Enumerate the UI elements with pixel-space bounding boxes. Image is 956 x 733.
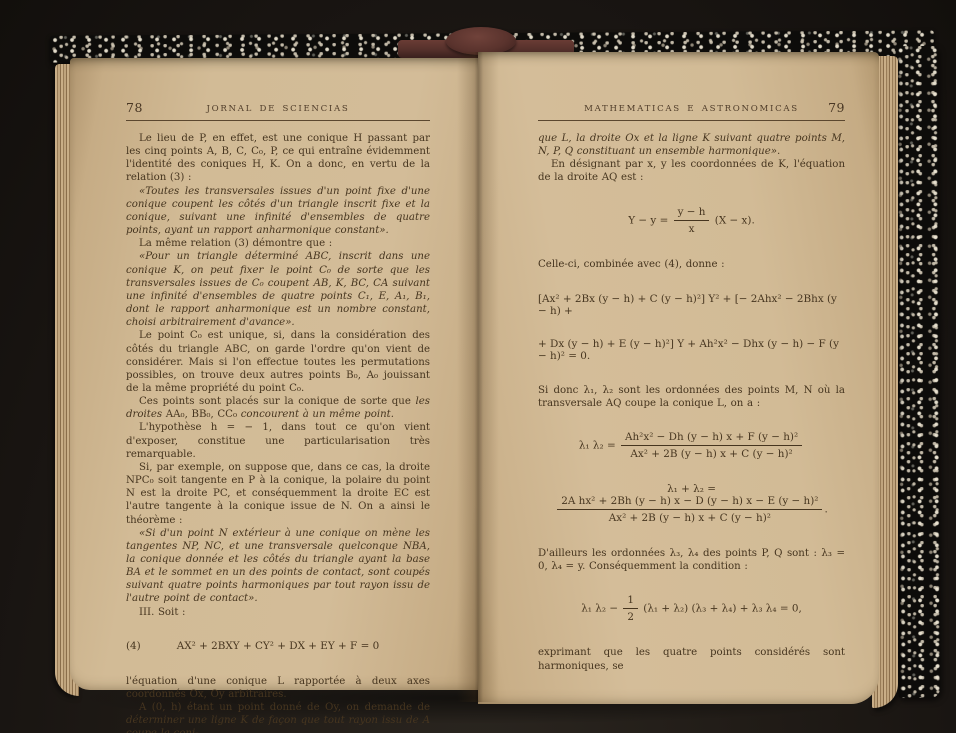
- paragraph: III. Soit :: [126, 606, 430, 619]
- paragraph: Le lieu de P, en effet, est une conique …: [126, 132, 430, 185]
- fraction: y − hx: [674, 206, 710, 235]
- left-page-header: 78 JORNAL DE SCIENCIAS: [126, 100, 430, 117]
- text-run: Le point C₀ est unique, si, dans la cons…: [126, 330, 430, 394]
- text-run: Le lieu de P, en effet, est une conique …: [126, 133, 430, 183]
- text-run: exprimant que les quatre points considér…: [538, 647, 845, 671]
- equation-multiline: [Ax² + 2Bx (y − h) + C (y − h)²] Y² + [−…: [538, 293, 845, 362]
- text-run: III. Soit :: [139, 607, 186, 618]
- paragraph: exprimant que les quatre points considér…: [538, 646, 845, 672]
- paragraph: A (0, h) étant un point donné de Oy, on …: [126, 701, 430, 733]
- text-run: «Si d'un point N extérieur à une conique…: [126, 528, 430, 605]
- text-run: «Pour un triangle déterminé ABC, inscrit…: [126, 251, 430, 328]
- text-run: .: [824, 504, 827, 516]
- page-number: 79: [828, 100, 845, 115]
- fraction: 12: [623, 594, 638, 623]
- text-run: AA₀, BB₀, CC₀: [162, 409, 241, 420]
- paragraph: l'équation d'une conique L rapportée à d…: [126, 675, 430, 701]
- paragraph: La même relation (3) démontre que :: [126, 237, 430, 250]
- book-cover-right-edge: [896, 46, 941, 698]
- equation-fraction: λ₁ λ₂ = Ah²x² − Dh (y − h) x + F (y − h)…: [538, 431, 845, 460]
- fraction-denominator: 2: [623, 609, 638, 623]
- paragraph: D'ailleurs les ordonnées λ₃, λ₄ des poin…: [538, 547, 845, 573]
- book-spine-headband: [446, 27, 516, 55]
- paragraph: Celle-ci, combinée avec (4), donne :: [538, 258, 845, 271]
- right-page-header: MATHEMATICAS E ASTRONOMICAS 79: [538, 100, 845, 117]
- equation-line: [Ax² + 2Bx (y − h) + C (y − h)²] Y² + [−…: [538, 293, 845, 317]
- fraction-numerator: 2A hx² + 2Bh (y − h) x − D (y − h) x − E…: [557, 495, 822, 510]
- equation-body: λ₁ λ₂ = Ah²x² − Dh (y − h) x + F (y − h)…: [579, 431, 804, 460]
- equation-fraction: λ₁ λ₂ − 12 (λ₁ + λ₂) (λ₃ + λ₄) + λ₃ λ₄ =…: [538, 594, 845, 623]
- fraction: Ah²x² − Dh (y − h) x + F (y − h)²Ax² + 2…: [621, 431, 802, 460]
- paragraph: Ces points sont placés sur la conique de…: [126, 395, 430, 421]
- paragraph: Si donc λ₁, λ₂ sont les ordonnées des po…: [538, 384, 845, 410]
- left-page: 78 JORNAL DE SCIENCIAS Le lieu de P, en …: [70, 58, 478, 690]
- equation-body: AX² + 2BXY + CY² + DX + EY + F = 0: [177, 640, 379, 652]
- text-run: l'équation d'une conique L rapportée à d…: [126, 676, 430, 700]
- running-title: MATHEMATICAS E ASTRONOMICAS: [538, 100, 845, 114]
- fraction-denominator: Ax² + 2B (y − h) x + C (y − h)²: [557, 510, 822, 524]
- page-number: 78: [126, 100, 143, 115]
- header-rule: [538, 120, 845, 121]
- paragraph: L'hypothèse h = − 1, dans tout ce qu'on …: [126, 421, 430, 460]
- right-page-surface: MATHEMATICAS E ASTRONOMICAS 79 que L, la…: [478, 52, 879, 704]
- paragraph: que L, la droite Ox et la ligne K suivan…: [538, 132, 845, 158]
- book-photo-scene: 78 JORNAL DE SCIENCIAS Le lieu de P, en …: [0, 0, 956, 733]
- fraction-numerator: Ah²x² − Dh (y − h) x + F (y − h)²: [621, 431, 802, 446]
- text-run: Y − y =: [628, 214, 671, 226]
- text-run: D'ailleurs les ordonnées λ₃, λ₄ des poin…: [538, 548, 845, 572]
- paragraph: «Si d'un point N extérieur à une conique…: [126, 527, 430, 606]
- text-run: déterminer une ligne K de façon que tout…: [126, 715, 430, 733]
- text-run: Celle-ci, combinée avec (4), donne :: [538, 259, 725, 270]
- text-run: Si, par exemple, on suppose que, dans ce…: [126, 462, 430, 526]
- fraction-denominator: Ax² + 2B (y − h) x + C (y − h)²: [621, 446, 802, 460]
- text-run: L'hypothèse h = − 1, dans tout ce qu'on …: [126, 422, 430, 459]
- fraction-denominator: x: [674, 221, 710, 235]
- equation-line: + Dx (y − h) + E (y − h)²] Y + Ah²x² − D…: [538, 338, 845, 362]
- equation-body: λ₁ λ₂ − 12 (λ₁ + λ₂) (λ₃ + λ₄) + λ₃ λ₄ =…: [581, 594, 802, 623]
- fraction-numerator: y − h: [674, 206, 710, 221]
- right-page-body: que L, la droite Ox et la ligne K suivan…: [538, 132, 845, 673]
- equation-label: (4): [126, 640, 141, 652]
- fraction: 2A hx² + 2Bh (y − h) x − D (y − h) x − E…: [557, 495, 822, 524]
- paragraph: En désignant par x, y les coordonnées de…: [538, 158, 845, 184]
- right-page: MATHEMATICAS E ASTRONOMICAS 79 que L, la…: [478, 52, 879, 704]
- paragraph: «Pour un triangle déterminé ABC, inscrit…: [126, 250, 430, 329]
- text-run: (X − x).: [711, 214, 754, 226]
- equation-fraction: Y − y = y − hx (X − x).: [538, 206, 845, 235]
- text-run: λ₁ + λ₂ =: [667, 483, 716, 495]
- text-run: (λ₁ + λ₂) (λ₃ + λ₄) + λ₃ λ₄ = 0,: [640, 603, 802, 615]
- equation-display: (4)AX² + 2BXY + CY² + DX + EY + F = 0: [126, 640, 430, 652]
- header-rule: [126, 120, 430, 121]
- left-page-surface: 78 JORNAL DE SCIENCIAS Le lieu de P, en …: [70, 58, 478, 690]
- equation-body: λ₁ + λ₂ = 2A hx² + 2Bh (y − h) x − D (y …: [538, 483, 845, 524]
- equation-body: Y − y = y − hx (X − x).: [628, 206, 755, 235]
- text-run: En désignant par x, y les coordonnées de…: [538, 159, 845, 183]
- paragraph: «Toutes les transversales issues d'un po…: [126, 185, 430, 238]
- paragraph: Si, par exemple, on suppose que, dans ce…: [126, 461, 430, 527]
- text-run: A (0, h) étant un point donné de Oy, on …: [139, 702, 430, 713]
- text-run: «Toutes les transversales issues d'un po…: [126, 186, 430, 236]
- equation-fraction: λ₁ + λ₂ = 2A hx² + 2Bh (y − h) x − D (y …: [538, 483, 845, 524]
- text-run: que L, la droite Ox et la ligne K suivan…: [538, 133, 845, 157]
- text-run: λ₁ λ₂ =: [579, 440, 619, 452]
- text-run: Si donc λ₁, λ₂ sont les ordonnées des po…: [538, 385, 845, 409]
- text-run: λ₁ λ₂ −: [581, 603, 621, 615]
- text-run: La même relation (3) démontre que :: [139, 238, 332, 249]
- paragraph: Le point C₀ est unique, si, dans la cons…: [126, 329, 430, 395]
- text-run: concourent à un même point.: [241, 409, 394, 420]
- fraction-numerator: 1: [623, 594, 638, 609]
- running-title: JORNAL DE SCIENCIAS: [126, 100, 430, 114]
- text-run: Ces points sont placés sur la conique de…: [139, 396, 415, 407]
- left-page-body: Le lieu de P, en effet, est une conique …: [126, 132, 430, 733]
